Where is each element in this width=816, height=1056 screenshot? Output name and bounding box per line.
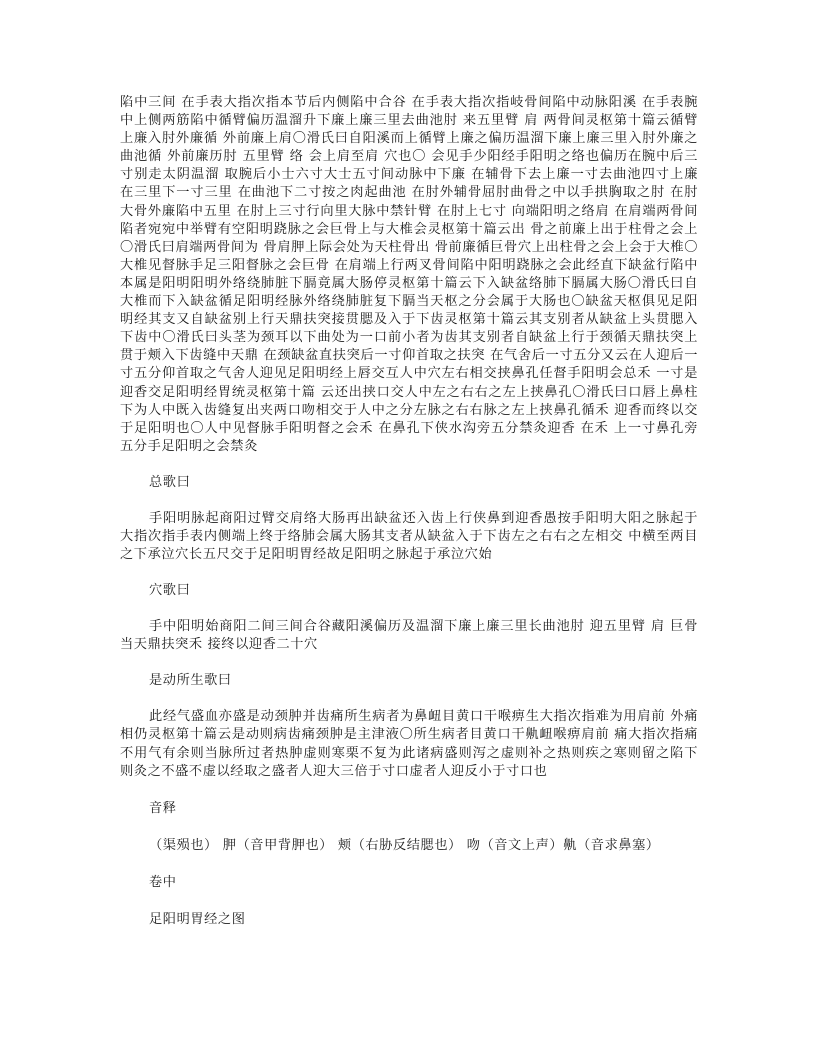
heading-volume-middle: 卷中 bbox=[120, 874, 698, 892]
spacer bbox=[120, 855, 698, 874]
general-song-paragraph: 手阳明脉起商阳过臂交肩络大肠再出缺盆还入齿上行侠鼻到迎香愚按手阳明大阳之脉起于大… bbox=[120, 510, 698, 564]
acupoint-song-paragraph: 手中阳明始商阳二间三间合谷藏阳溪偏历及温溜下廉上廉三里长曲池肘 迎五里臂 肩 巨… bbox=[120, 618, 698, 654]
heading-general-song: 总歌曰 bbox=[120, 474, 698, 492]
spacer bbox=[120, 456, 698, 474]
spacer bbox=[120, 818, 698, 837]
spacer bbox=[120, 892, 698, 911]
heading-acupoint-song: 穴歌曰 bbox=[120, 582, 698, 600]
spacer bbox=[120, 654, 698, 672]
pronunciation-notes: （渠殒也） 胛（音甲背胛也） 颊（右胁反结腮也） 吻（音文上声）鼽（音求鼻塞） bbox=[120, 837, 698, 855]
spacer bbox=[120, 564, 698, 582]
heading-stomach-meridian-figure: 足阳明胃经之图 bbox=[120, 911, 698, 929]
spacer bbox=[120, 600, 698, 618]
spacer bbox=[120, 492, 698, 510]
spacer bbox=[120, 690, 698, 708]
spacer bbox=[120, 781, 698, 800]
heading-pronunciation: 音释 bbox=[120, 800, 698, 818]
document-page: 陷中三间 在手表大指次指本节后内侧陷中合谷 在手表大指次指岐骨间陷中动脉阳溪 在… bbox=[120, 94, 698, 929]
disease-song-paragraph: 此经气盛血亦盛是动颈肿并齿痛所生病者为鼻衄目黄口干喉痹生大指次指难为用肩前 外痛… bbox=[120, 708, 698, 780]
heading-disease-song: 是动所生歌曰 bbox=[120, 672, 698, 690]
acupoint-description-paragraph: 陷中三间 在手表大指次指本节后内侧陷中合谷 在手表大指次指岐骨间陷中动脉阳溪 在… bbox=[120, 94, 698, 456]
